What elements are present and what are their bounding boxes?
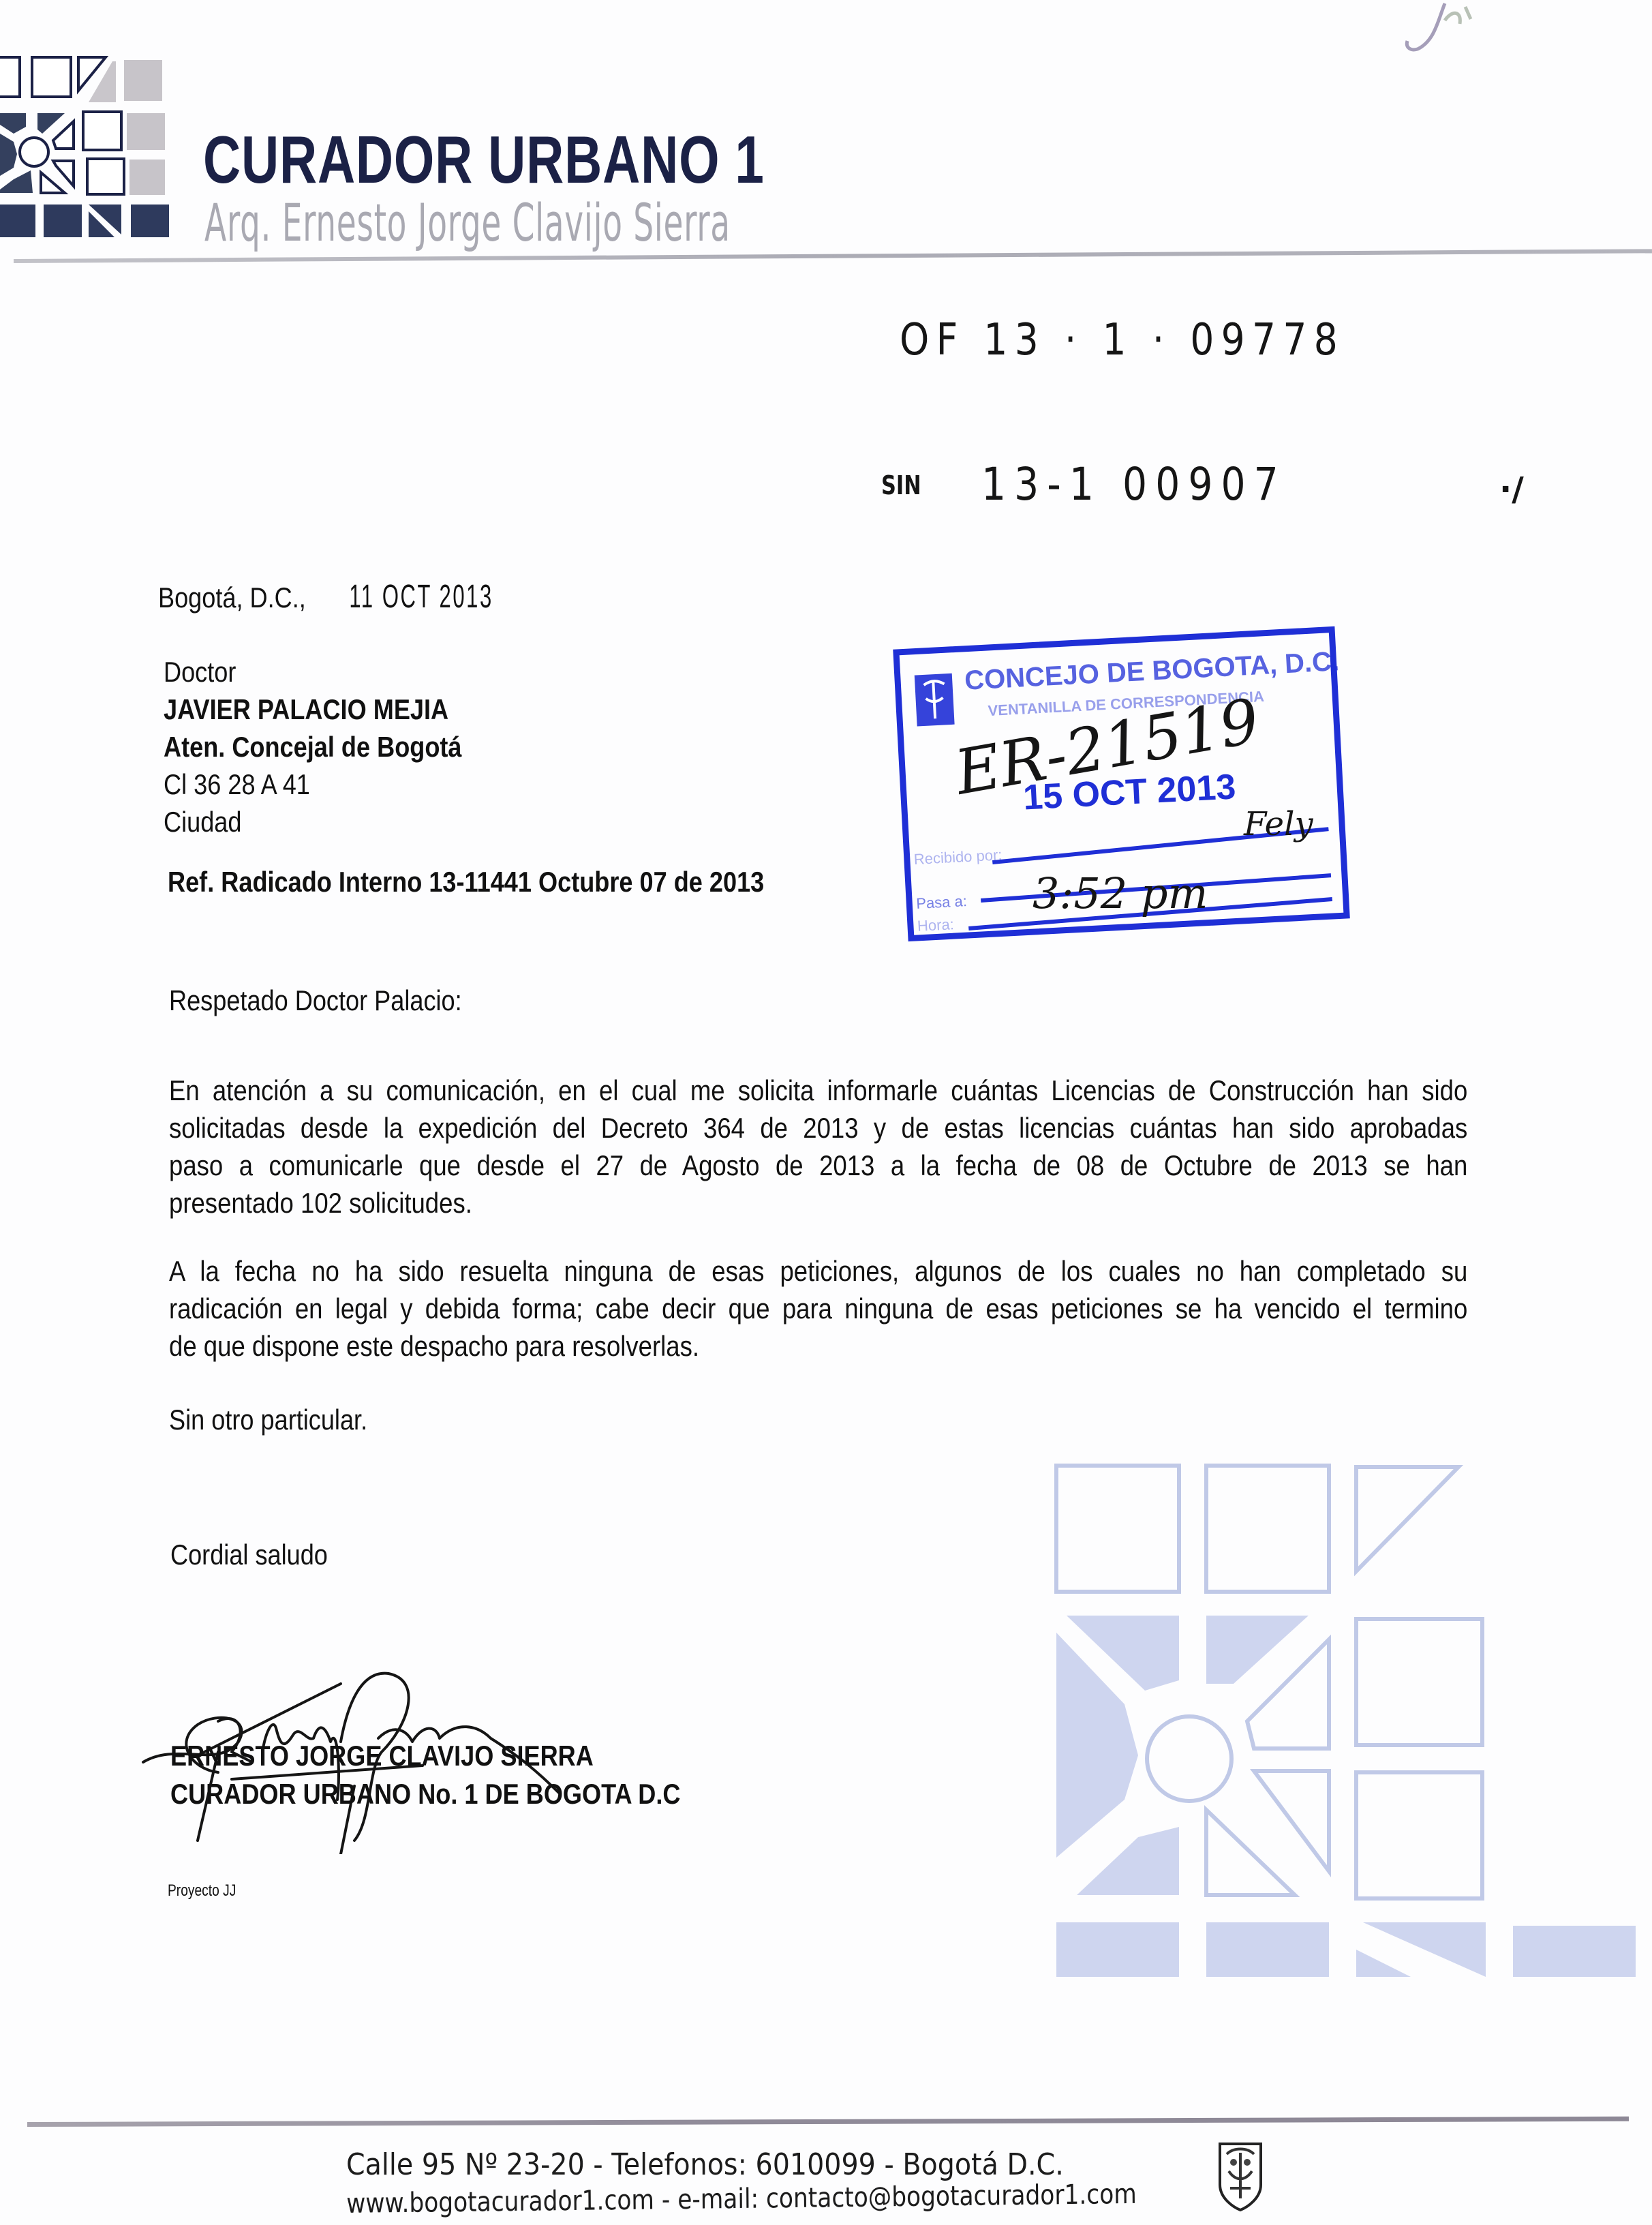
paragraph-line: radicación en legal y debida forma; cabe… (169, 1290, 1467, 1327)
office-number: OF 13 · 1 · 09778 (900, 315, 1345, 365)
date-value: 11 OCT 2013 (349, 578, 493, 616)
signer-block: ERNESTO JORGE CLAVIJO SIERRA CURADOR URB… (170, 1737, 680, 1813)
recipient-title: Doctor (164, 653, 461, 691)
paragraph-line: En atención a su comunicación, en el cua… (169, 1072, 1467, 1109)
recipient-block: Doctor JAVIER PALACIO MEJIA Aten. Concej… (164, 653, 461, 841)
body-paragraph-1: En atención a su comunicación, en el cua… (169, 1072, 1467, 1222)
recipient-name: JAVIER PALACIO MEJIA (164, 691, 461, 728)
letterhead-title: CURADOR URBANO 1 (203, 121, 765, 198)
signer-name: ERNESTO JORGE CLAVIJO SIERRA (170, 1737, 680, 1775)
footer-contact: www.bogotacurador1.com - e-mail: contact… (346, 2179, 1137, 2220)
recipient-city: Ciudad (164, 803, 461, 841)
date-line: Bogotá, D.C., 11 OCT 2013 (158, 578, 541, 616)
stamp-line1: CONCEJO DE BOGOTA, D.C. (964, 646, 1340, 696)
bogota-crest-icon (1217, 2140, 1264, 2212)
recipient-address: Cl 36 28 A 41 (164, 766, 461, 803)
stamp-pass-label: Pasa a: (916, 892, 968, 912)
stamp-received-label: Recibido por: (913, 846, 1003, 868)
paragraph-line: presentado 102 solicitudes. (169, 1184, 1467, 1222)
corner-handwritten-note (1397, 0, 1479, 55)
paragraph-line: paso a comunicarle que desde el 27 de Ag… (169, 1147, 1467, 1184)
footer-address: Calle 95 Nº 23-20 - Telefonos: 6010099 -… (346, 2147, 1064, 2182)
curador-logo-icon (0, 53, 174, 237)
handwritten-signature (136, 1595, 668, 1854)
stamp-received-initials: Fely (1243, 805, 1313, 843)
footer-divider (27, 2117, 1629, 2127)
salutation: Respetado Doctor Palacio: (169, 982, 462, 1019)
signer-position: CURADOR URBANO No. 1 DE BOGOTA D.C (170, 1775, 680, 1813)
letterhead-subtitle: Arq. Ernesto Jorge Clavijo Sierra (204, 192, 731, 253)
paragraph-line: de que dispone este despacho para resolv… (169, 1327, 1467, 1365)
recipient-attention: Aten. Concejal de Bogotá (164, 728, 461, 766)
sin-label: SIN (881, 470, 921, 500)
reference-line: Ref. Radicado Interno 13-11441 Octubre 0… (168, 866, 764, 898)
sin-handwritten-mark: ·/ (1499, 470, 1524, 509)
project-note: Proyecto JJ (168, 1881, 236, 1901)
paragraph-line: A la fecha no ha sido resuelta ninguna d… (169, 1252, 1467, 1290)
logo-watermark-icon (1036, 1445, 1636, 1977)
sin-number: 13-1 00907 (981, 458, 1287, 511)
closing-remark: Sin otro particular. (169, 1401, 367, 1438)
stamp-time-label: Hora: (917, 915, 954, 935)
received-stamp: CONCEJO DE BOGOTA, D.C. VENTANILLA DE CO… (889, 600, 1353, 954)
body-paragraph-2: A la fecha no ha sido resuelta ninguna d… (169, 1252, 1467, 1365)
stamp-time-value: 3:52 pm (1032, 868, 1208, 918)
paragraph-line: solicitadas desde la expedición del Decr… (169, 1109, 1467, 1147)
date-place: Bogotá, D.C., (158, 581, 306, 614)
closing-greeting: Cordial saludo (170, 1536, 328, 1573)
